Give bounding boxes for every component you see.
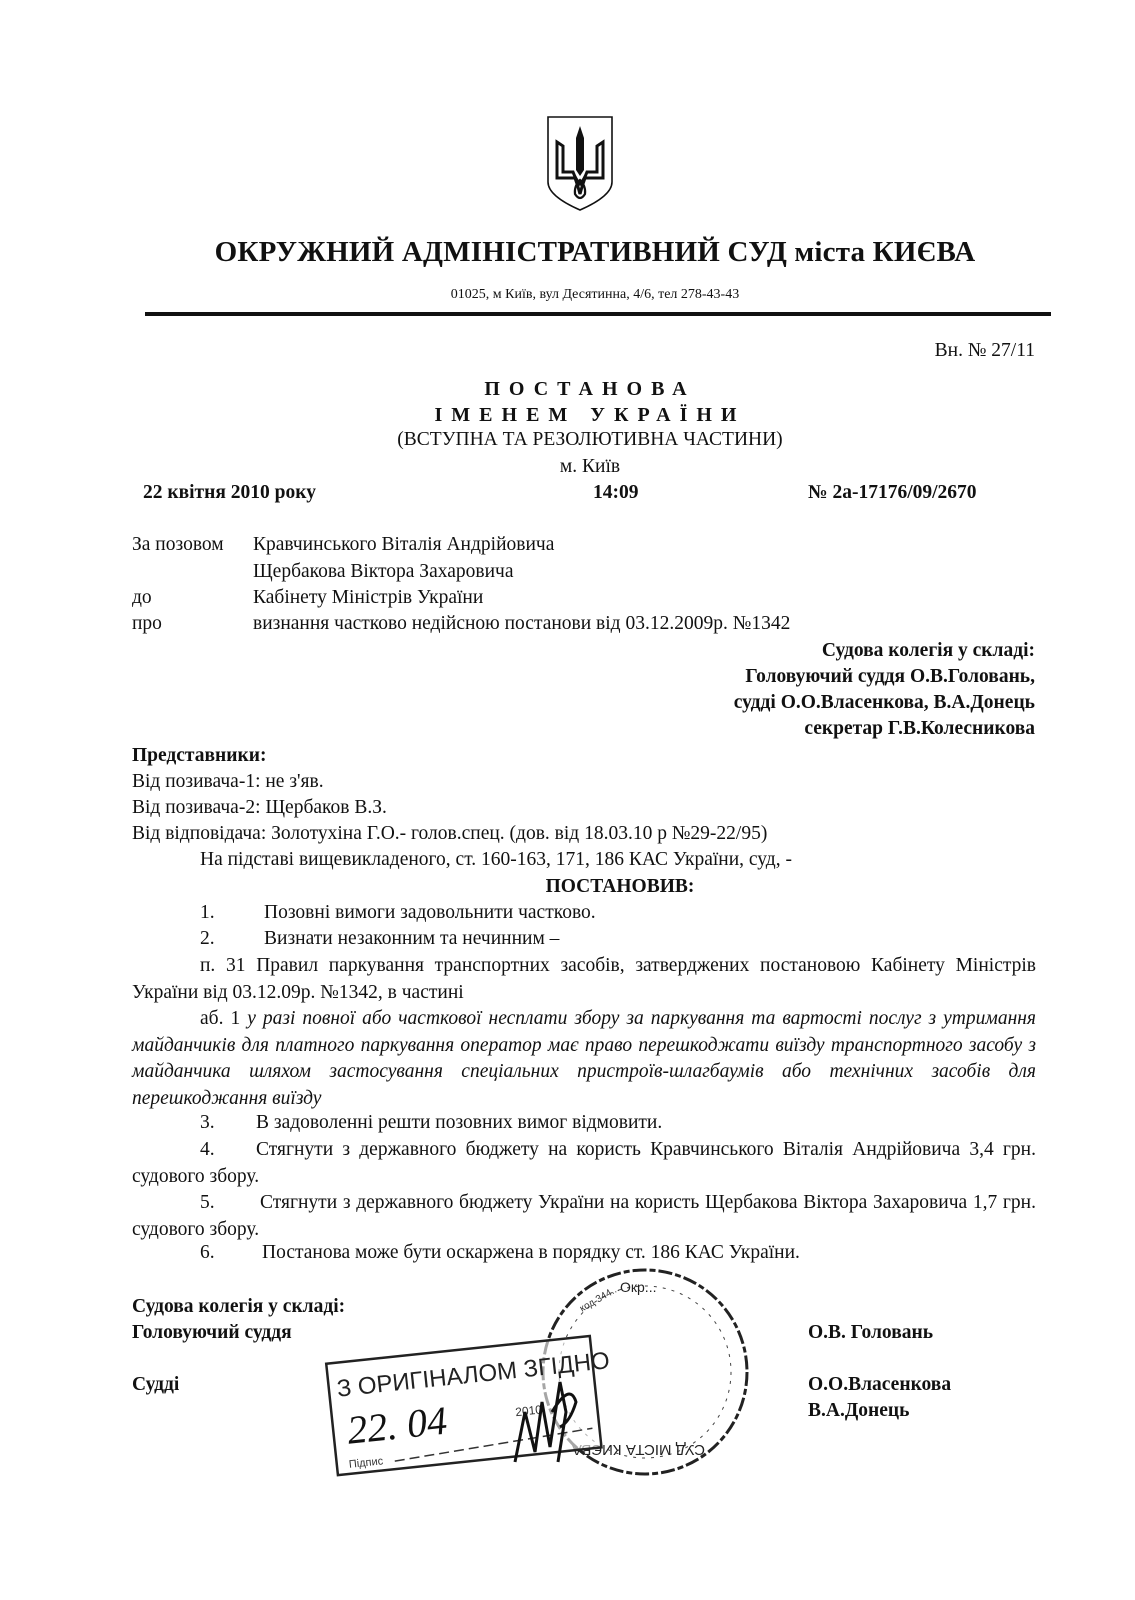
- signature-presiding-name: О.В. Головань: [808, 1322, 933, 1344]
- header-rule: [145, 312, 1051, 316]
- court-seal-stamp: Окр... код 344... СУД МІСТА КИЄВА З ОРИГ…: [320, 1262, 780, 1502]
- signature-judges-label: Судді: [132, 1374, 179, 1396]
- item-text: Постанова може бути оскаржена в порядку …: [262, 1242, 800, 1263]
- representatives-heading: Представники:: [132, 745, 266, 767]
- court-address: 01025, м Київ, вул Десятинна, 4/6, тел 2…: [0, 287, 1135, 303]
- item-text: Визнати незаконним та нечинним –: [264, 928, 559, 949]
- item-number: 5.: [200, 1190, 260, 1217]
- paragraph-quote: у разі повної або часткової несплати збо…: [132, 1008, 1036, 1109]
- party-label-defendant: до: [132, 587, 152, 609]
- item-text: Позовні вимоги задовольнити частково.: [264, 902, 596, 923]
- document-subtitle: ІМЕНЕМ УКРАЇНИ: [0, 404, 1135, 427]
- panel-judges: судді О.О.Власенкова, В.А.Донець: [734, 692, 1035, 714]
- panel-secretary: секретар Г.В.Колесникова: [804, 718, 1035, 740]
- document-city: м. Київ: [0, 456, 1135, 478]
- legal-basis: На підставі вищевикладеного, ст. 160-163…: [200, 849, 792, 871]
- ruling-item-2-paragraph: аб. 1 у разі повної або часткової неспла…: [132, 1006, 1036, 1112]
- document-date: 22 квітня 2010 року: [143, 482, 316, 504]
- item-number: 2.: [200, 928, 264, 950]
- ruling-item-2-clause: п. 31 Правил паркування транспортних зас…: [132, 953, 1036, 1006]
- party-plaintiff-2: Щербакова Віктора Захаровича: [253, 561, 513, 583]
- court-name: ОКРУЖНИЙ АДМІНІСТРАТИВНИЙ СУД міста КИЄВ…: [0, 236, 1135, 269]
- ruling-item-4: 4.Стягнути з державного бюджету на корис…: [132, 1137, 1036, 1190]
- item-number: 3.: [200, 1112, 256, 1134]
- paragraph-prefix: аб. 1: [200, 1008, 247, 1029]
- signature-judge-1: О.О.Власенкова: [808, 1374, 951, 1396]
- ruling-item-3: 3.В задоволенні решти позовних вимог від…: [200, 1112, 662, 1134]
- representative-line: Від позивача-2: Щербаков В.З.: [132, 797, 387, 819]
- signature-judge-2: В.А.Донець: [808, 1400, 909, 1422]
- party-label-plaintiff: За позовом: [132, 534, 224, 556]
- document-time: 14:09: [593, 482, 639, 504]
- ruling-item-2: 2.Визнати незаконним та нечинним –: [200, 928, 559, 950]
- representative-line: Від позивача-1: не з'яв.: [132, 771, 324, 793]
- ruling-heading: ПОСТАНОВИВ:: [0, 876, 1135, 898]
- party-defendant: Кабінету Міністрів України: [253, 587, 483, 609]
- item-number: 4.: [200, 1137, 256, 1164]
- item-number: 6.: [200, 1242, 262, 1264]
- item-text: Стягнути з державного бюджету на користь…: [132, 1139, 1036, 1187]
- ruling-item-6: 6.Постанова може бути оскаржена в порядк…: [200, 1242, 800, 1264]
- panel-heading: Судова колегія у складі:: [822, 640, 1035, 662]
- document-type: ПОСТАНОВА: [0, 378, 1135, 401]
- representative-line: Від відповідача: Золотухіна Г.О.- голов.…: [132, 823, 767, 845]
- document-parts: (ВСТУПНА ТА РЕЗОЛЮТИВНА ЧАСТИНИ): [0, 429, 1135, 451]
- item-text: В задоволенні решти позовних вимог відмо…: [256, 1112, 662, 1133]
- seal-code-text: код 344...: [578, 1283, 621, 1314]
- ruling-item-5: 5.Стягнути з державного бюджету України …: [132, 1190, 1036, 1243]
- item-number: 1.: [200, 902, 264, 924]
- trident-emblem-icon: [545, 114, 615, 212]
- party-label-subject: про: [132, 613, 162, 635]
- incoming-number: Вн. № 27/11: [935, 340, 1035, 362]
- item-text: Стягнути з державного бюджету України на…: [132, 1192, 1036, 1240]
- party-plaintiff-1: Кравчинського Віталія Андрійовича: [253, 534, 554, 556]
- signature-panel-heading: Судова колегія у складі:: [132, 1296, 345, 1318]
- ruling-item-1: 1.Позовні вимоги задовольнити частково.: [200, 902, 596, 924]
- seal-top-text: Окр...: [620, 1279, 656, 1295]
- party-subject: визнання частково недійсною постанови ві…: [253, 613, 790, 635]
- case-number: № 2а-17176/09/2670: [808, 482, 977, 504]
- signature-presiding-label: Головуючий суддя: [132, 1322, 292, 1344]
- panel-presiding: Головуючий суддя О.В.Головань,: [745, 666, 1035, 688]
